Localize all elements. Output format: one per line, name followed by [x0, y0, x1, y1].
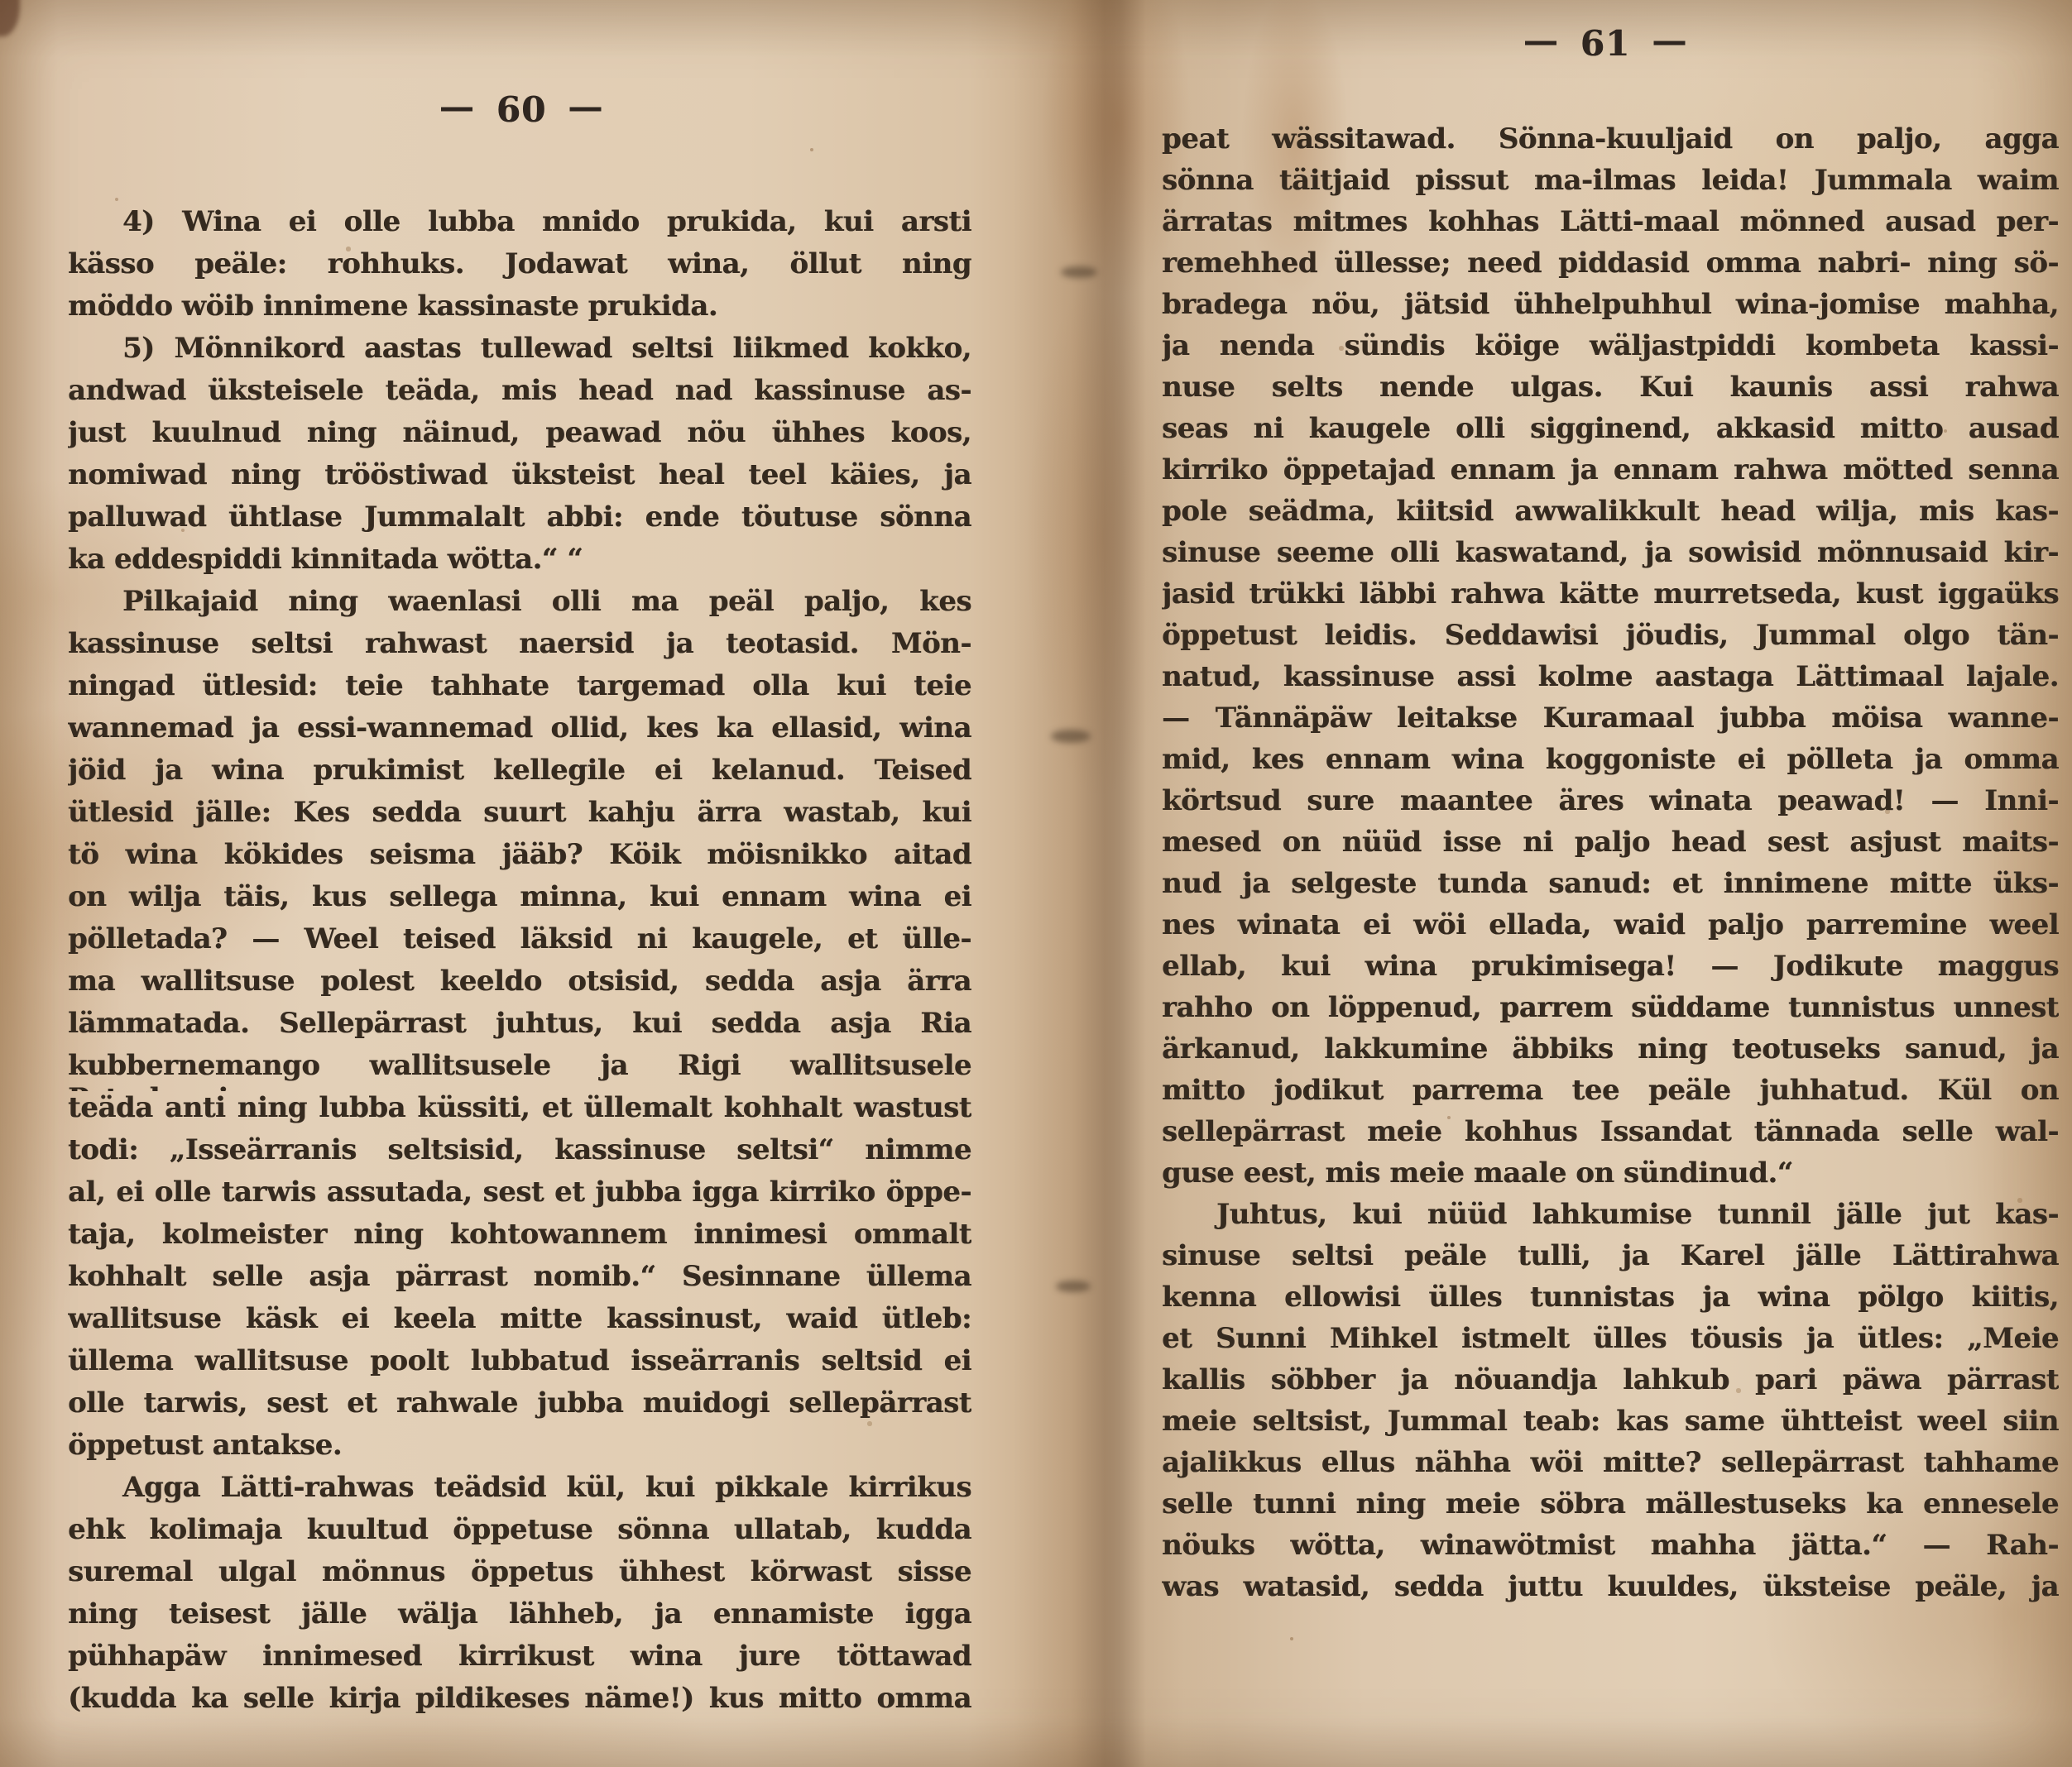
text-line: ningad ütlesid: teie tahhate targemad ol…	[68, 669, 971, 711]
binding-smudge	[1051, 730, 1091, 743]
text-line: guse eest, mis meie maale on sündinud.“	[1162, 1156, 2059, 1198]
text-line: rahho on löppenud, parrem süddame tunnis…	[1162, 991, 2059, 1032]
text-line: möddo wöib innimene kassinaste prukida.	[68, 290, 971, 332]
text-line: öppetust antakse.	[68, 1429, 971, 1471]
text-line: Agga Lätti-rahwas teädsid kül, kui pikka…	[68, 1471, 971, 1513]
binding-smudge	[1061, 266, 1097, 278]
text-line: nuse selts nende ulgas. Kui kaunis assi …	[1162, 371, 2059, 412]
text-line: pühhapäw innimesed kirrikust wina jure t…	[68, 1640, 971, 1682]
text-line: taja, kolmeister ning kohtowannem innime…	[68, 1218, 971, 1260]
text-line: olle tarwis, sest et rahwale jubba muido…	[68, 1386, 971, 1429]
text-line: et Sunni Mihkel istmelt ülles töusis ja …	[1162, 1322, 2059, 1363]
text-line: selle tunni ning meie söbra mällestuseks…	[1162, 1487, 2059, 1529]
right-page-text-column: peat wässitawad. Sönna-kuuljaid on paljo…	[1162, 122, 2059, 1611]
text-line: ärkanud, lakkumine äbbiks ning teotuseks…	[1162, 1032, 2059, 1074]
left-page-number: 60	[496, 89, 546, 130]
header-dash: —	[568, 86, 603, 127]
text-line: nes winata ei wöi ellada, waid paljo par…	[1162, 908, 2059, 950]
text-line: pole seädma, kiitsid awwalikkult head wi…	[1162, 495, 2059, 536]
text-line: jöid ja wina prukimist kellegile ei kela…	[68, 754, 971, 796]
text-line: nöuks wötta, winawötmist mahha jätta.“ —…	[1162, 1529, 2059, 1570]
text-line: todi: „Isseärranis seltsisid, kassinuse …	[68, 1133, 971, 1176]
text-line: sinuse seeme olli kaswatand, ja sowisid …	[1162, 536, 2059, 577]
text-line: Pilkajaid ning waenlasi olli ma peäl pal…	[68, 585, 971, 627]
text-line: körtsud sure maantee äres winata peawad!…	[1162, 784, 2059, 826]
text-line: seas ni kaugele olli sigginend, akkasid …	[1162, 412, 2059, 453]
text-line: andwad üksteisele teäda, mis head nad ka…	[68, 374, 971, 416]
text-line: wannemad ja essi-wannemad ollid, kes ka …	[68, 711, 971, 754]
text-line: — Tännäpäw leitakse Kuramaal jubba möisa…	[1162, 702, 2059, 743]
text-line: kubbernemango wallitsusele ja Rigi walli…	[68, 1049, 971, 1091]
text-line: Juhtus, kui nüüd lahkumise tunnil jälle …	[1162, 1198, 2059, 1239]
text-line: meie seltsist, Jummal teab: kas same üht…	[1162, 1405, 2059, 1446]
header-dash: —	[1652, 20, 1687, 60]
text-line: mid, kes ennam wina koggoniste ei pöllet…	[1162, 743, 2059, 784]
text-line: teäda anti ning lubba küssiti, et üllema…	[68, 1091, 971, 1133]
header-dash: —	[1523, 20, 1559, 60]
left-page-text-column: 4) Wina ei olle lubba mnido prukida, kui…	[68, 205, 971, 1724]
left-page-header: —60—	[414, 89, 629, 130]
text-line: kallis söbber ja nöuandja lahkub pari pä…	[1162, 1363, 2059, 1405]
text-line: kassinuse seltsi rahwast naersid ja teot…	[68, 627, 971, 669]
text-line: remehhed üllesse; need piddasid omma nab…	[1162, 247, 2059, 288]
text-line: (kudda ka selle kirja pildikeses näme!) …	[68, 1682, 971, 1724]
text-line: on wilja täis, kus sellega minna, kui en…	[68, 880, 971, 922]
text-line: 4) Wina ei olle lubba mnido prukida, kui…	[68, 205, 971, 247]
text-line: kohhalt selle asja pärrast nomib.“ Sesin…	[68, 1260, 971, 1302]
text-line: kenna ellowisi ülles tunnistas ja wina p…	[1162, 1281, 2059, 1322]
text-line: palluwad ühtlase Jummalalt abbi: ende tö…	[68, 500, 971, 543]
text-line: sinuse seltsi peäle tulli, ja Karel jäll…	[1162, 1239, 2059, 1281]
text-line: mitto jodikut parrema tee peäle juhhatud…	[1162, 1074, 2059, 1115]
text-line: ning teisest jälle wälja lähheb, ja enna…	[68, 1597, 971, 1640]
text-line: nud ja selgeste tunda sanud: et innimene…	[1162, 867, 2059, 908]
text-line: wallitsuse käsk ei keela mitte kassinust…	[68, 1302, 971, 1344]
text-line: was watasid, sedda juttu kuuldes, ükstei…	[1162, 1570, 2059, 1611]
text-line: pölletada? — Weel teised läksid ni kauge…	[68, 922, 971, 965]
text-line: peat wässitawad. Sönna-kuuljaid on paljo…	[1162, 122, 2059, 164]
text-line: ajalikkus ellus nähha wöi mitte? sellepä…	[1162, 1446, 2059, 1487]
text-line: kässo peäle: rohhuks. Jodawat wina, öllu…	[68, 247, 971, 290]
text-line: öppetust leidis. Seddawisi jöudis, Jumma…	[1162, 619, 2059, 660]
text-line: al, ei olle tarwis assutada, sest et jub…	[68, 1176, 971, 1218]
text-line: bradega nöu, jätsid ühhelpuhhul wina-jom…	[1162, 288, 2059, 329]
text-line: nomiwad ning trööstiwad üksteist heal te…	[68, 458, 971, 500]
text-line: ütlesid jälle: Kes sedda suurt kahju ärr…	[68, 796, 971, 838]
text-line: ärratas mitmes kohhas Lätti-maal mönned …	[1162, 205, 2059, 247]
book-scan: { "colors": { "paper": "#e1cdb3", "paper…	[0, 0, 2072, 1767]
text-line: üllema wallitsuse poolt lubbatud isseärr…	[68, 1344, 971, 1386]
right-page-header: —61—	[1489, 23, 1721, 64]
text-line: jasid trükki läbbi rahwa kätte murretsed…	[1162, 577, 2059, 619]
text-line: mesed on nüüd isse ni paljo head sest as…	[1162, 826, 2059, 867]
text-line: sellepärrast meie kohhus Issandat tännad…	[1162, 1115, 2059, 1156]
text-line: tö wina kökides seisma jääb? Köik möisni…	[68, 838, 971, 880]
text-line: ehk kolimaja kuultud öppetuse sönna ulla…	[68, 1513, 971, 1555]
text-line: ma wallitsuse polest keeldo otsisid, sed…	[68, 965, 971, 1007]
text-line: sönna täitjaid pissut ma-ilmas leida! Ju…	[1162, 164, 2059, 205]
text-line: ja nenda sündis köige wäljastpiddi kombe…	[1162, 329, 2059, 371]
text-line: 5) Mönnikord aastas tullewad seltsi liik…	[68, 332, 971, 374]
header-dash: —	[439, 86, 475, 127]
text-line: suremal ulgal mönnus öppetus ühhest körw…	[68, 1555, 971, 1597]
text-line: ka eddespiddi kinnitada wötta.“ “	[68, 543, 971, 585]
text-line: natud, kassinuse assi kolme aastaga Lätt…	[1162, 660, 2059, 702]
binding-smudge	[1056, 1281, 1091, 1292]
text-line: just kuulnud ning näinud, peawad nöu ühh…	[68, 416, 971, 458]
foxing-specks	[0, 0, 2, 2]
text-line: ellab, kui wina prukimisega! — Jodikute …	[1162, 950, 2059, 991]
text-line: lämmatada. Sellepärrast juhtus, kui sedd…	[68, 1007, 971, 1049]
right-page-number: 61	[1580, 23, 1630, 64]
text-line: kirriko öppetajad ennam ja ennam rahwa m…	[1162, 453, 2059, 495]
